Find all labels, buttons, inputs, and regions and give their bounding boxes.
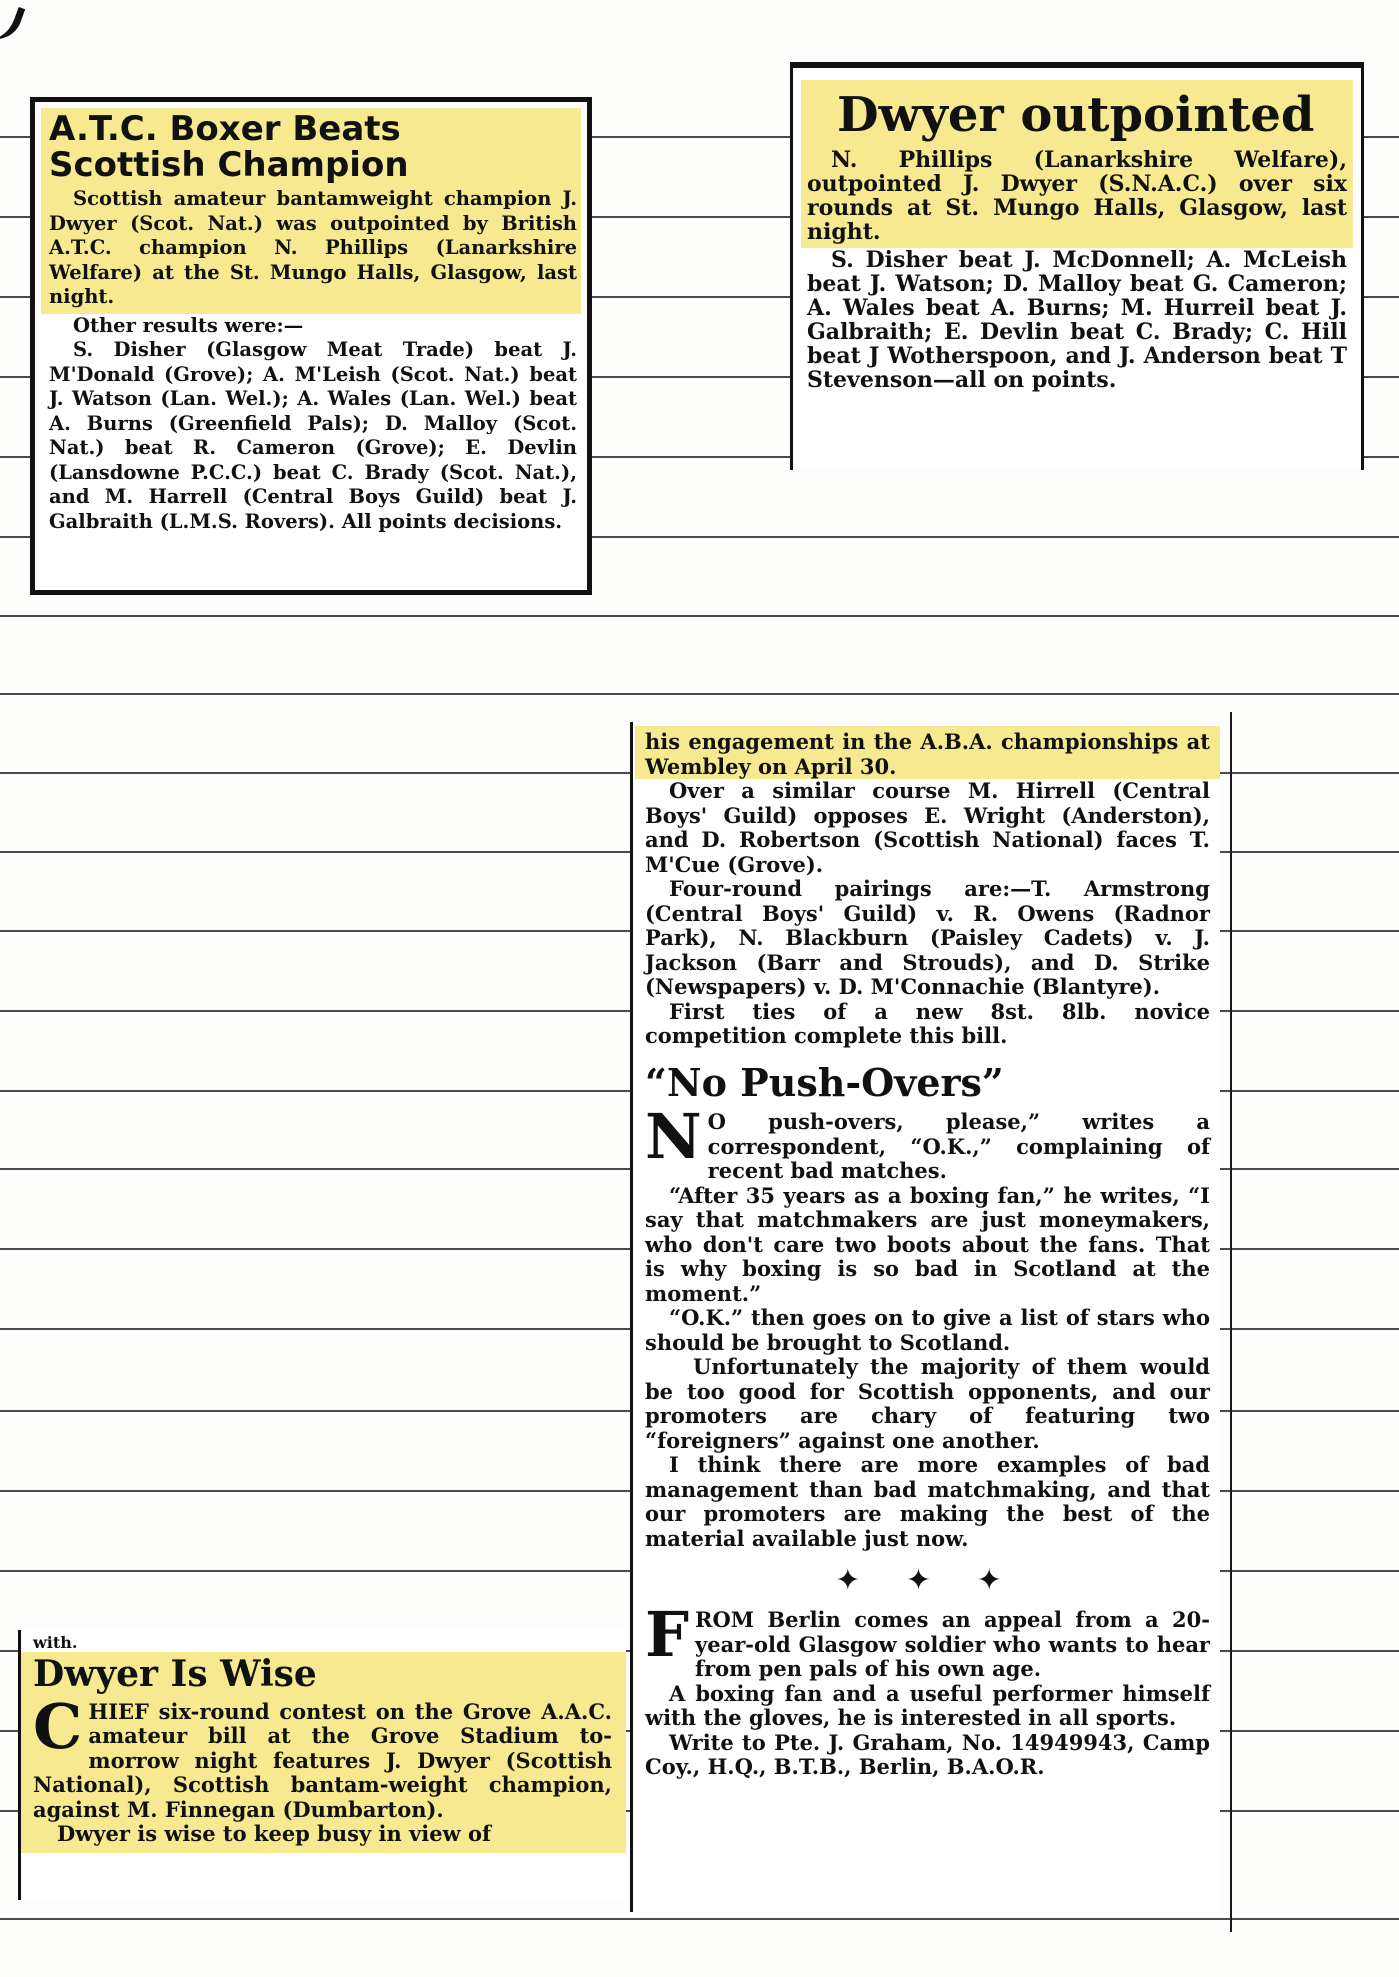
headline: Dwyer outpointed bbox=[807, 80, 1347, 148]
headline: Dwyer Is Wise bbox=[33, 1656, 612, 1694]
para-text: HIEF six-round contest on the Grove A.A.… bbox=[33, 1699, 612, 1822]
continuation-para-2: Four-round pairings are:—T. Armstrong (C… bbox=[645, 877, 1210, 1000]
dwyer-is-wise-para-2: Dwyer is wise to keep busy in view of bbox=[33, 1822, 612, 1847]
para-text: O push-overs, please,” writes a correspo… bbox=[708, 1109, 1210, 1183]
drop-cap: C bbox=[33, 1702, 82, 1752]
highlight-region: Dwyer outpointed N. Phillips (Lanarkshir… bbox=[801, 80, 1353, 248]
no-push-overs-para-4: Unfortunately the majority of them would… bbox=[645, 1355, 1210, 1453]
highlight-region: Dwyer Is Wise CHIEF six-round contest on… bbox=[21, 1652, 626, 1853]
drop-cap: N bbox=[645, 1112, 702, 1162]
clipping-atc-boxer: A.T.C. Boxer Beats Scottish Champion Sco… bbox=[30, 97, 592, 595]
corner-mark bbox=[0, 0, 25, 47]
no-push-overs-para-1: NO push-overs, please,” writes a corresp… bbox=[645, 1110, 1210, 1184]
no-push-overs-para-5: I think there are more examples of bad m… bbox=[645, 1453, 1210, 1551]
results-paragraph: S. Disher (Glasgow Meat Trade) beat J. M… bbox=[49, 338, 577, 534]
ruled-line bbox=[0, 615, 1399, 617]
ruled-line bbox=[0, 1918, 1399, 1920]
continuation-para-3: First ties of a new 8st. 8lb. novice com… bbox=[645, 1000, 1210, 1049]
lead-paragraph: Scottish amateur bantamweight champion J… bbox=[49, 187, 577, 310]
headline-line-1: A.T.C. Boxer Beats bbox=[49, 109, 401, 149]
from-berlin-para-2: A boxing fan and a useful performer hims… bbox=[645, 1682, 1210, 1731]
results-paragraph: S. Disher beat J. McDonnell; A. McLeish … bbox=[807, 248, 1347, 392]
clipping-dwyer-is-wise: with. Dwyer Is Wise CHIEF six-round cont… bbox=[18, 1630, 626, 1900]
no-push-overs-headline: “No Push-Overs” bbox=[645, 1063, 1210, 1103]
dwyer-is-wise-para-1: CHIEF six-round contest on the Grove A.A… bbox=[33, 1700, 612, 1823]
margin-line bbox=[1230, 712, 1232, 1932]
continuation-lead: his engagement in the A.B.A. championshi… bbox=[645, 730, 1210, 779]
clipping-boxing-column: his engagement in the A.B.A. championshi… bbox=[630, 722, 1220, 1912]
continuation-para-1: Over a similar course M. Hirrell (Centra… bbox=[645, 779, 1210, 877]
headline: A.T.C. Boxer Beats Scottish Champion bbox=[49, 112, 577, 183]
lead-paragraph: N. Phillips (Lanarkshire Welfare), outpo… bbox=[807, 148, 1347, 244]
para-text: ROM Berlin comes an appeal from a 20-yea… bbox=[695, 1607, 1210, 1681]
headline-line-2: Scottish Champion bbox=[49, 145, 409, 185]
from-berlin-para-1: FROM Berlin comes an appeal from a 20-ye… bbox=[645, 1608, 1210, 1682]
ruled-line bbox=[0, 693, 1399, 695]
separator-stars: ✦ ✦ ✦ bbox=[645, 1563, 1210, 1598]
no-push-overs-para-2: “After 35 years as a boxing fan,” he wri… bbox=[645, 1184, 1210, 1307]
other-results-intro: Other results were:— bbox=[49, 314, 577, 339]
drop-cap: F bbox=[645, 1610, 689, 1660]
clipping-dwyer-outpointed: Dwyer outpointed N. Phillips (Lanarkshir… bbox=[790, 62, 1364, 470]
fragment-top: with. bbox=[33, 1634, 612, 1652]
no-push-overs-para-3: “O.K.” then goes on to give a list of st… bbox=[645, 1306, 1210, 1355]
highlight-region: A.T.C. Boxer Beats Scottish Champion Sco… bbox=[41, 108, 581, 314]
from-berlin-para-3: Write to Pte. J. Graham, No. 14949943, C… bbox=[645, 1731, 1210, 1780]
highlight-region: his engagement in the A.B.A. championshi… bbox=[635, 726, 1220, 779]
